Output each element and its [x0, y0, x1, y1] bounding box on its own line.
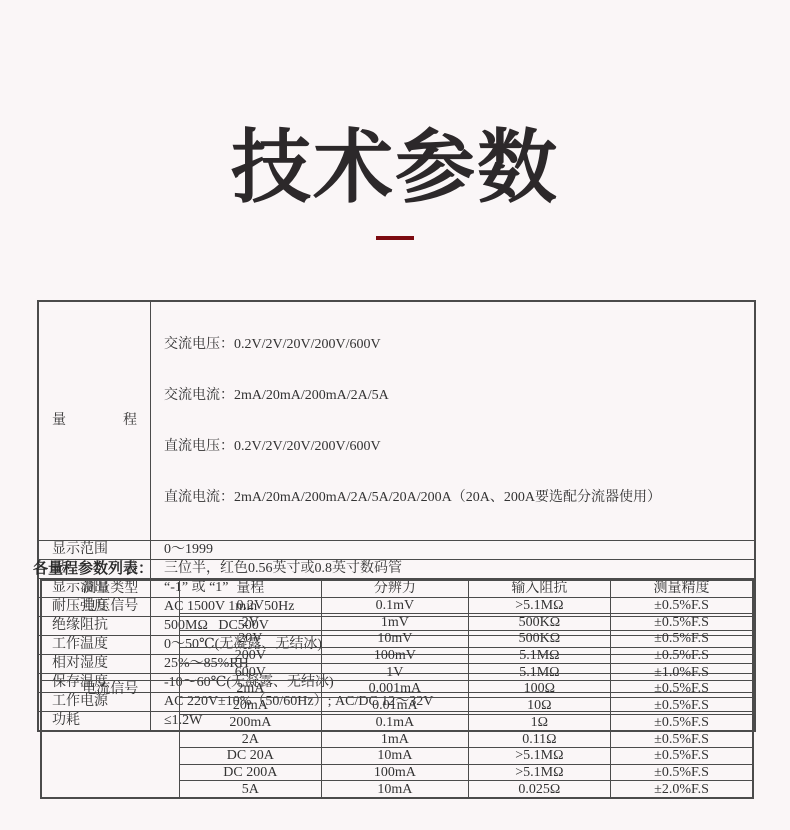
range-cell: 0.1mV	[322, 597, 469, 614]
range-cell: 10mV	[322, 631, 469, 648]
spec-value: 三位半，红色0.56英寸或0.8英寸数码管	[151, 560, 756, 579]
range-cell: 1Ω	[468, 714, 610, 731]
range-cell: 20V	[179, 631, 321, 648]
range-header-range: 量程	[179, 580, 321, 597]
range-cell: 1mV	[322, 614, 469, 631]
range-header-row: 测量类型 量程 分辨力 输入阻抗 测量精度	[41, 580, 753, 597]
range-cell: 20mA	[179, 697, 321, 714]
range-cell: 100mA	[322, 764, 469, 781]
range-cell: DC 20A	[179, 747, 321, 764]
range-cell: 2A	[179, 731, 321, 748]
range-cell: ±0.5%F.S	[611, 647, 753, 664]
range-cell: 10Ω	[468, 697, 610, 714]
range-header-accuracy: 测量精度	[611, 580, 753, 597]
range-cell: DC 200A	[179, 764, 321, 781]
range-header-impedance: 输入阻抗	[468, 580, 610, 597]
spec-value-range: 交流电压：0.2V/2V/20V/200V/600V 交流电流：2mA/20mA…	[151, 301, 756, 541]
range-cell: ±0.5%F.S	[611, 731, 753, 748]
spec-value: 0～1999	[151, 541, 756, 560]
range-header-type: 测量类型	[41, 580, 179, 597]
range-cell: ±0.5%F.S	[611, 697, 753, 714]
range-cell: 1V	[322, 664, 469, 681]
range-cell: 600V	[179, 664, 321, 681]
range-cell: ±0.5%F.S	[611, 614, 753, 631]
range-cell: 100Ω	[468, 681, 610, 698]
range-cell: ±0.5%F.S	[611, 681, 753, 698]
range-table-section: 测量类型 量程 分辨力 输入阻抗 测量精度 电压信号 0.2V 0.1mV >5…	[40, 579, 754, 799]
range-cell: ±1.0%F.S	[611, 664, 753, 681]
range-cell: 5.1MΩ	[468, 647, 610, 664]
range-cell: ±0.5%F.S	[611, 597, 753, 614]
range-cell: 200mA	[179, 714, 321, 731]
range-cell: 100mV	[322, 647, 469, 664]
range-cell: 2mA	[179, 681, 321, 698]
range-cell: 5A	[179, 781, 321, 798]
range-cell: 500KΩ	[468, 631, 610, 648]
range-cell: ±0.5%F.S	[611, 631, 753, 648]
range-cell: 2V	[179, 614, 321, 631]
spec-range-line-ac-voltage: 交流电压：0.2V/2V/20V/200V/600V	[164, 335, 754, 354]
range-cell: ±2.0%F.S	[611, 781, 753, 798]
spec-range-line-dc-current: 直流电流：2mA/20mA/200mA/2A/5A/20A/200A（20A、2…	[164, 488, 754, 507]
range-cell: 1mA	[322, 731, 469, 748]
spec-label-range: 量 程	[38, 301, 151, 541]
range-cell: ±0.5%F.S	[611, 764, 753, 781]
range-cell: 0.11Ω	[468, 731, 610, 748]
range-table: 测量类型 量程 分辨力 输入阻抗 测量精度 电压信号 0.2V 0.1mV >5…	[40, 579, 754, 799]
range-group-voltage: 电压信号	[41, 597, 179, 680]
range-group-current: 电流信号	[41, 681, 179, 798]
range-cell: >5.1MΩ	[468, 747, 610, 764]
page-title: 技术参数	[0, 120, 790, 216]
range-cell: ±0.5%F.S	[611, 714, 753, 731]
range-row: 电流信号 2mA 0.001mA 100Ω ±0.5%F.S	[41, 681, 753, 698]
range-cell: ±0.5%F.S	[611, 747, 753, 764]
spec-row-range: 量 程 交流电压：0.2V/2V/20V/200V/600V 交流电流：2mA/…	[38, 301, 755, 541]
range-header-resolution: 分辨力	[322, 580, 469, 597]
spec-range-line-ac-current: 交流电流：2mA/20mA/200mA/2A/5A	[164, 386, 754, 405]
range-cell: 10mA	[322, 747, 469, 764]
range-row: 电压信号 0.2V 0.1mV >5.1MΩ ±0.5%F.S	[41, 597, 753, 614]
range-cell: 0.2V	[179, 597, 321, 614]
range-cell: >5.1MΩ	[468, 764, 610, 781]
title-accent-dash	[376, 236, 414, 240]
range-cell: >5.1MΩ	[468, 597, 610, 614]
range-cell: 10mA	[322, 781, 469, 798]
spec-range-line-dc-voltage: 直流电压：0.2V/2V/20V/200V/600V	[164, 437, 754, 456]
range-cell: 0.001mA	[322, 681, 469, 698]
range-cell: 5.1MΩ	[468, 664, 610, 681]
range-cell: 500KΩ	[468, 614, 610, 631]
range-cell: 0.1mA	[322, 714, 469, 731]
range-cell: 0.01mA	[322, 697, 469, 714]
range-cell: 0.025Ω	[468, 781, 610, 798]
range-list-caption: 各量程参数列表：	[33, 557, 153, 578]
range-cell: 200V	[179, 647, 321, 664]
